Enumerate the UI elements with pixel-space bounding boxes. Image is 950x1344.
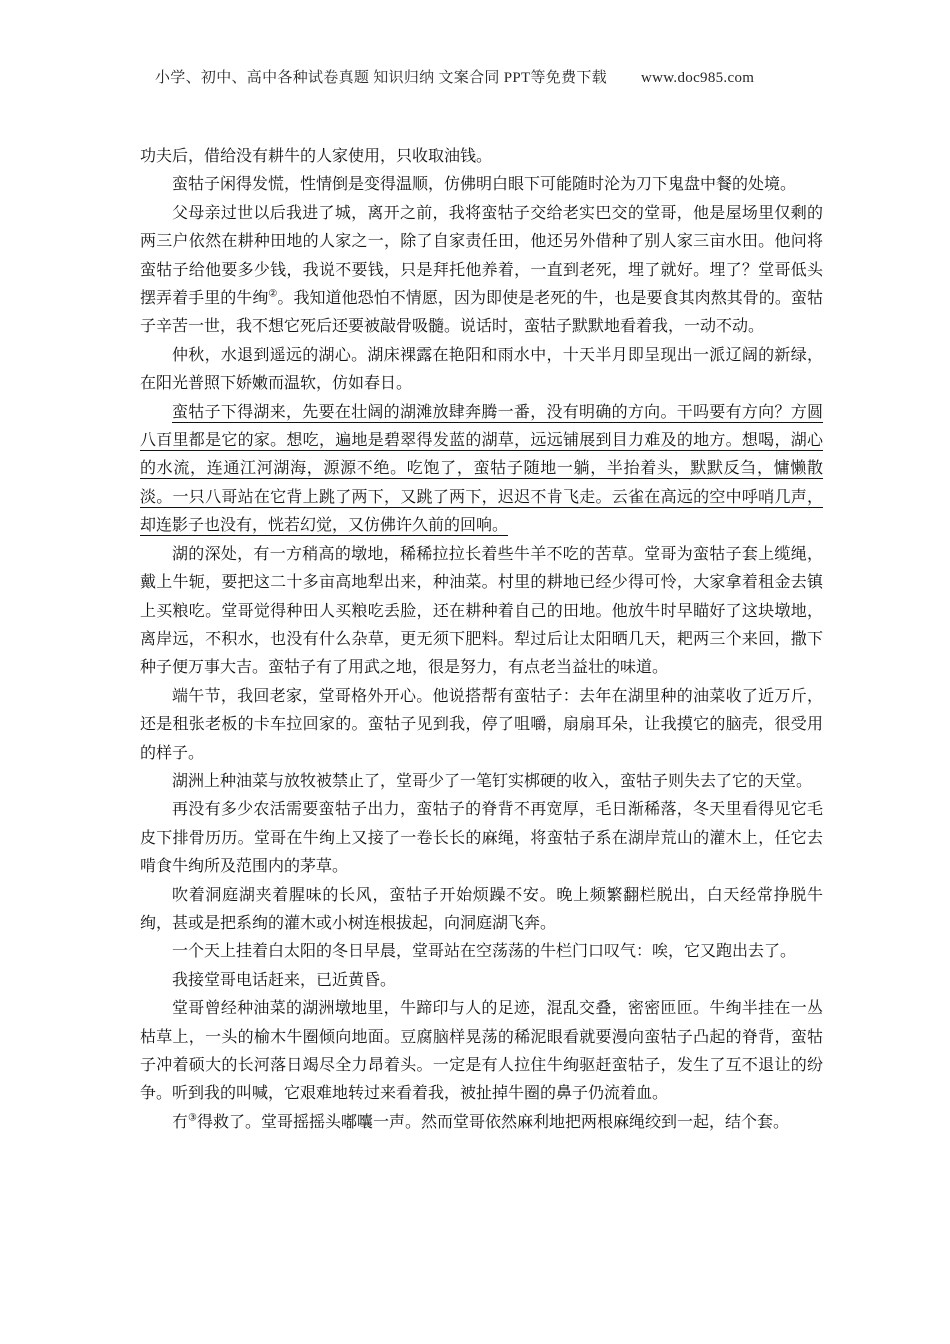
- paragraph: 端午节，我回老家，堂哥格外开心。他说搭帮有蛮牯子：去年在湖里种的油菜收了近万斤，…: [140, 683, 823, 768]
- header-promo-text: 小学、初中、高中各种试卷真题 知识归纳 文案合同 PPT等免费下载: [155, 66, 607, 87]
- paragraph: 一个天上挂着白太阳的冬日早晨，堂哥站在空荡荡的牛栏门口叹气：唉，它又跑出去了。: [140, 938, 823, 966]
- page-header: 小学、初中、高中各种试卷真题 知识归纳 文案合同 PPT等免费下载 www.do…: [155, 66, 815, 87]
- paragraph: 堂哥曾经种油菜的湖洲墩地里，牛蹄印与人的足迹，混乱交叠，密密匝匝。牛绚半挂在一丛…: [140, 995, 823, 1109]
- footnote-marker: ③: [188, 1112, 197, 1123]
- paragraph: 湖洲上种油菜与放牧被禁止了，堂哥少了一笔钉实梆硬的收入，蛮牯子则失去了它的天堂。: [140, 768, 823, 796]
- paragraph: 湖的深处，有一方稍高的墩地，稀稀拉拉长着些牛羊不吃的苦草。堂哥为蛮牯子套上缆绳，…: [140, 541, 823, 683]
- paragraph: 吹着洞庭湖夹着腥味的长风，蛮牯子开始烦躁不安。晚上频繁翻栏脱出，白天经常挣脱牛绚…: [140, 882, 823, 939]
- header-site-url: www.doc985.com: [641, 70, 754, 87]
- underlined-paragraph: 蛮牯子下得湖来，先要在壮阔的湖滩放肆奔腾一番，没有明确的方向。干吗要有方向？方圆…: [140, 399, 823, 541]
- paragraph: 再没有多少农活需要蛮牯子出力，蛮牯子的脊背不再宽厚，毛日渐稀落，冬天里看得见它毛…: [140, 796, 823, 881]
- paragraph: 冇③得救了。堂哥摇摇头嘟囔一声。然而堂哥依然麻利地把两根麻绳绞到一起，结个套。: [140, 1109, 823, 1137]
- paragraph: 我接堂哥电话赶来，已近黄昏。: [140, 967, 823, 995]
- paragraph: 父母亲过世以后我进了城，离开之前，我将蛮牯子交给老实巴交的堂哥，他是屋场里仅剩的…: [140, 200, 823, 342]
- paragraph: 功夫后，借给没有耕牛的人家使用，只收取油钱。: [140, 143, 823, 171]
- paragraph: 仲秋，水退到遥远的湖心。湖床裸露在艳阳和雨水中，十天半月即呈现出一派辽阔的新绿，…: [140, 342, 823, 399]
- document-body: 功夫后，借给没有耕牛的人家使用，只收取油钱。蛮牯子闲得发慌，性情倒是变得温顺，仿…: [140, 143, 823, 1137]
- footnote-marker: ②: [268, 289, 277, 300]
- paragraph: 蛮牯子闲得发慌，性情倒是变得温顺，仿佛明白眼下可能随时沦为刀下鬼盘中餐的处境。: [140, 171, 823, 199]
- document-page: 小学、初中、高中各种试卷真题 知识归纳 文案合同 PPT等免费下载 www.do…: [0, 0, 950, 1344]
